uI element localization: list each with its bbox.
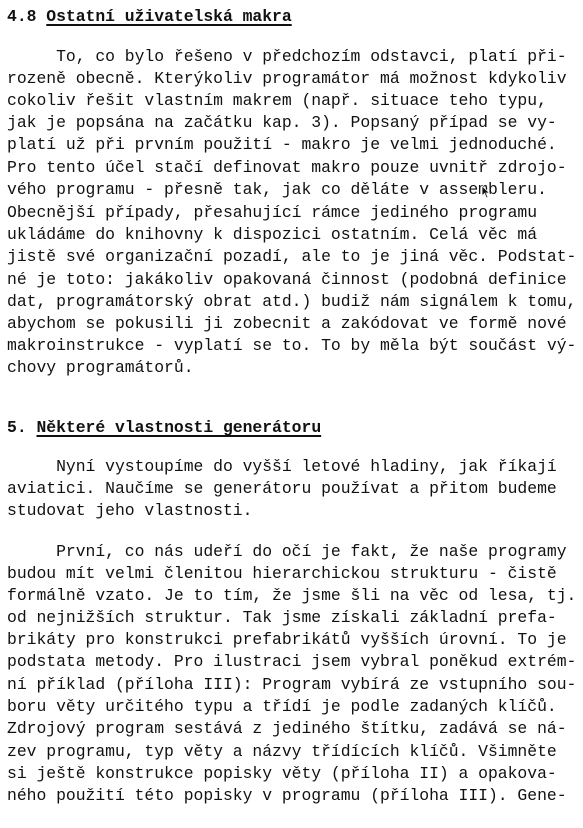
mouse-pointer-icon bbox=[481, 185, 491, 199]
text-line: zev programu, typ věty a názvy třídících… bbox=[7, 742, 557, 762]
text-line: První, co nás udeří do očí je fakt, že n… bbox=[7, 542, 567, 562]
text-line: dat, programátorský obrat atd.) budiž ná… bbox=[7, 292, 576, 312]
text-line: podstata metody. Pro ilustraci jsem vybr… bbox=[7, 652, 576, 672]
section-number: 5. bbox=[7, 418, 27, 437]
text-line: cokoliv řešit vlastním makrem (např. sit… bbox=[7, 91, 547, 111]
text-line: boru věty určitého typu a třídí je podle… bbox=[7, 697, 557, 717]
text-line: formálně vzato. Je to tím, že jsme šli n… bbox=[7, 586, 576, 606]
text-line: Pro tento účel stačí definovat makro pou… bbox=[7, 158, 567, 178]
text-line: od nejnižších struktur. Tak jsme získali… bbox=[7, 608, 557, 628]
text-line: abychom se pokusili ji zobecnit a zakódo… bbox=[7, 314, 567, 334]
text-line: jistě své organizační pozadí, ale to je … bbox=[7, 247, 576, 267]
text-line: makroinstrukce - vyplatí se to. To by mě… bbox=[7, 336, 576, 356]
text-line: aviatici. Naučíme se generátoru používat… bbox=[7, 479, 557, 499]
section-heading-5: 5. Některé vlastnosti generátoru bbox=[7, 418, 321, 438]
text-line: budou mít velmi členitou hierarchickou s… bbox=[7, 564, 557, 584]
text-line: platí už při prvním použití - makro je v… bbox=[7, 135, 557, 155]
text-line: ní příklad (příloha III): Program vybírá… bbox=[7, 675, 576, 695]
section-title: Některé vlastnosti generátoru bbox=[36, 418, 321, 437]
text-line: ného použití této popisky v programu (př… bbox=[7, 786, 567, 806]
document-page: 4.8 Ostatní uživatelská makra To, co byl… bbox=[0, 0, 583, 828]
text-line: To, co bylo řešeno v předchozím odstavci… bbox=[7, 47, 567, 67]
text-line: si ještě konstrukce popisky věty (příloh… bbox=[7, 764, 557, 784]
text-line: Nyní vystoupíme do vyšší letové hladiny,… bbox=[7, 457, 557, 477]
section-number: 4.8 bbox=[7, 7, 36, 26]
text-line: studovat jeho vlastnosti. bbox=[7, 501, 252, 521]
text-line: né je toto: jakákoliv opakovaná činnost … bbox=[7, 270, 567, 290]
text-line: ukládáme do knihovny k dispozici ostatní… bbox=[7, 225, 537, 245]
text-line: Obecnější případy, přesahující rámce jed… bbox=[7, 203, 537, 223]
section-heading-4-8: 4.8 Ostatní uživatelská makra bbox=[7, 7, 292, 27]
text-line: Zdrojový program sestává z jediného štít… bbox=[7, 719, 567, 739]
text-line: jak je popsána na začátku kap. 3). Popsa… bbox=[7, 113, 557, 133]
text-line: brikáty pro konstrukci prefabrikátů vyšš… bbox=[7, 630, 567, 650]
text-line: chovy programátorů. bbox=[7, 358, 194, 378]
text-line: rozeně obecně. Kterýkoliv programátor má… bbox=[7, 69, 567, 89]
section-title: Ostatní uživatelská makra bbox=[46, 7, 291, 26]
text-line: vého programu - přesně tak, jak co dělát… bbox=[7, 180, 547, 200]
